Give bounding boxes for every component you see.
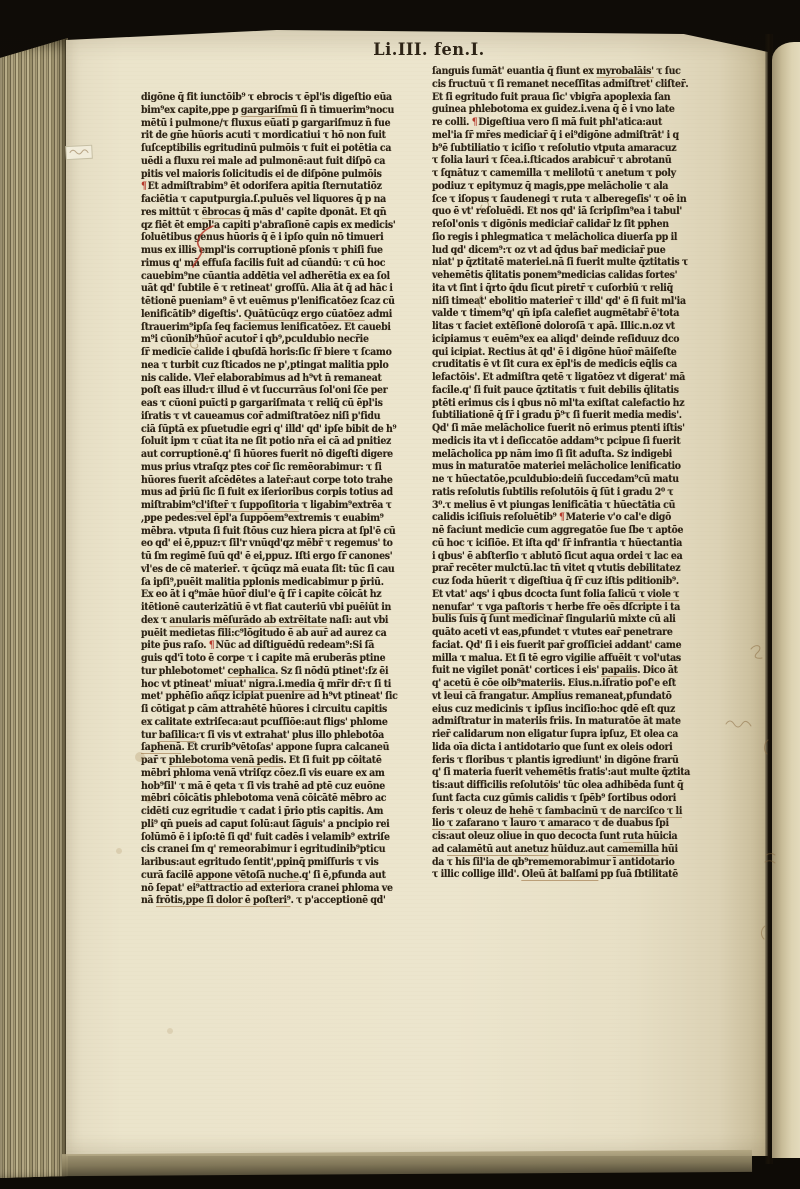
pilcrow-rubric-mark: ¶ — [209, 640, 216, 651]
text-line: ptēti erimus cis i qbus nō ml'ta exiſtat… — [432, 398, 710, 411]
text-line: melācholica pp nām imo ſi ſit aduſta. Sz… — [432, 449, 710, 462]
reader-underline: Quātūcūqz ergo cūatōez — [244, 309, 365, 321]
reader-underline: miuat' nigra.i.media — [214, 679, 315, 691]
text-line: cis cranei ſm q' remeorabimur i egritudi… — [141, 844, 425, 857]
text-line: m⁹i cūonib⁹hūor̄ acutor̄ i qb⁹,pculdubio… — [141, 334, 425, 347]
text-line: calidis iciſiuis reſoluētib⁹ ¶Materie v'… — [432, 512, 710, 525]
text-line: cuz ſoda hūerit τ digeſtiua q̄ ſr̄ cuz i… — [432, 576, 710, 589]
text-line: lud qd' dicem⁹:τ oz vt ad q̄dus bar̄ med… — [432, 245, 710, 258]
text-line: mus ex illis empl'is corruptionē pſonis … — [141, 245, 425, 258]
text-line: guis qd'ī toto ē corpe τ i capite mā eru… — [141, 653, 425, 666]
text-line: guinea phlebotoma ex guidez.i.vena q̄ ē … — [432, 104, 710, 117]
text-line: ita vt ſint i q̄rto q̄du ſicut piretr̄ τ… — [432, 283, 710, 296]
text-line: mus ad p̄riū ſic ſi fuit ex iſerioribus … — [141, 487, 425, 500]
text-line: uēdi a fluxu rei male ad pulmonē:aut fui… — [141, 156, 425, 169]
text-line: facile.q' ſi fuit pauce q̄ztitatis τ fui… — [432, 385, 710, 398]
text-line: mētū i pulmone/τ fluxus eūati p gargariſ… — [141, 118, 425, 131]
text-line: ſce τ iſopus τ ſaudenegi τ ruta τ albere… — [432, 194, 710, 207]
text-line: vt leui cā frangatur. Amplius remaneat,p… — [432, 691, 710, 704]
book-photo: Li.III. fen.I. digōne q̄ fit iunctōib⁹ τ… — [0, 0, 800, 1189]
text-line: puēit medietas fili:c⁹lōgitudo ē ab aur̄… — [141, 628, 425, 641]
text-line: iſratis τ vt caueamus cor̄ admiſtratōez … — [141, 411, 425, 424]
text-line: vehemētis q̄litatis ponem⁹medicias calid… — [432, 270, 710, 283]
text-line: ad calamētū aut anetuz hūiduz.aut camemi… — [432, 844, 710, 857]
text-line: vl'es de cē materier̄. τ q̄cūqz mā euata… — [141, 564, 425, 577]
text-line: par̄ τ phlebotoma venā pedis. Et ſi fuit… — [141, 755, 425, 768]
text-line: Ex eo āt i q⁹māe hūor̄ diul'e q̄ ſr̄ i c… — [141, 589, 425, 602]
text-line: ſa ipſi⁹,puēit malitia pplonis medicabim… — [141, 577, 425, 590]
text-line: icipiamus τ euēm⁹ex ea aliqd' deinde reſ… — [432, 334, 710, 347]
text-line: nea τ turbit cuz ſticados ne p',ptingat … — [141, 360, 425, 373]
text-line: quāto aceti vt eas,pfundet τ vtutes ear̄… — [432, 627, 710, 640]
text-line: ſr̄ medicīe calide i qbuſdā horis:ſic ſr… — [141, 347, 425, 360]
fore-edge-leaf-stack — [0, 38, 68, 1178]
text-line: digōne q̄ fit iunctōib⁹ τ ebrocis τ ēpl'… — [141, 92, 425, 105]
text-line: cis:aut oleuz oliue in quo decocta ſunt … — [432, 831, 710, 844]
text-line: ne τ hūectatōe,pculdubio:deiñ ſuccedam⁹c… — [432, 474, 710, 487]
text-line: q' ſi materia fuerit vehemētis fratis':a… — [432, 767, 710, 780]
text-line: pite p̄us raſo. ¶Nūc ad diſtiguēdū redea… — [141, 640, 425, 653]
text-line: ciā ſūptā ex pſuetudie egri q' illd' qd'… — [141, 424, 425, 437]
text-line: lefactōis'. Et admiſtra qetē τ ligatōez … — [432, 372, 710, 385]
text-line: Qd' ſi māe melācholice fuerit nō erimus … — [432, 423, 710, 436]
text-line: da τ his ſil'ia de qb⁹rememorabimur ī an… — [432, 857, 710, 870]
text-line: pitis vel maioris ſolicitudis ei de diſp… — [141, 169, 425, 182]
text-line: ſoluētibus genus hūoris q̄ ē i ipſo quin… — [141, 232, 425, 245]
text-line: τ ſqnātuz τ camemilla τ melilotū τ anetu… — [432, 168, 710, 181]
text-line: hūores fuerit aſcēdētes a later̄:aut cor… — [141, 475, 425, 488]
text-line: qz fiēt ēt empl'a capiti p'abraſionē cap… — [141, 220, 425, 233]
text-line: tētionē pueniam⁹ ē vt euēmus p'lenificat… — [141, 296, 425, 309]
text-line: ſaphenā. Et crurib⁹vētoſas' appone ſupra… — [141, 742, 425, 755]
text-line: eas τ cūoni puīcti p gargariſmata τ reli… — [141, 398, 425, 411]
reader-underline: cl'iſter̄ τ ſuppoſitoria — [195, 500, 299, 512]
text-line: i qbus' ē abſterſio τ ablutō ſicut aqua … — [432, 551, 710, 564]
text-line: cruditatis ē vt ſit cura ex ēpl'is de me… — [432, 359, 710, 372]
text-line: pli⁹ qn̄ pueis ad caput ſolū:aut ſāguis'… — [141, 819, 425, 832]
text-line: feris τ floribus τ plantis igrediunt' in… — [432, 755, 710, 768]
text-line: ſio regis i phlegmatica τ melācholica di… — [432, 232, 710, 245]
reader-underline: hehē τ ſambacinū τ de narciſco τ li — [509, 806, 682, 818]
pilcrow-rubric-mark: ¶ — [472, 117, 479, 128]
reader-underline: Oleū āt balſami — [522, 869, 598, 881]
text-line: fuit ne vigilet ponāt' cortices i eis' p… — [432, 665, 710, 678]
reader-underline: acetū ē cōe oib⁹materiis — [443, 678, 562, 690]
text-line: uāt qd' ſubtile ē τ retineat' groſſū. Al… — [141, 283, 425, 296]
reader-underline: lio τ zafarano τ lauro τ amaraco — [432, 818, 591, 830]
text-line: ſoluit ipm τ cūat ita ne ſit potio nr̄a … — [141, 436, 425, 449]
text-line: tur baſilica:τ ſi vis vt extrahat' plus … — [141, 730, 425, 743]
text-line: re colli. ¶Digeſtiua vero ſi mā fuit phl… — [432, 117, 710, 130]
text-column-left: digōne q̄ fit iunctōib⁹ τ ebrocis τ ēpl'… — [141, 92, 425, 908]
text-line: feris τ oleuz de hehē τ ſambacinū τ de n… — [432, 806, 710, 819]
text-line: τ folia lauri τ ſc̄ea.i.ſticados arabicu… — [432, 155, 710, 168]
reader-underline: ēbrocas — [202, 207, 241, 219]
text-line: faciat. Qd' ſi i eis fuerit par̄ groſſic… — [432, 640, 710, 653]
text-line: rimus q' mā effuſa facilis fuit ad cūand… — [141, 258, 425, 271]
text-line: q' acetū ē cōe oib⁹materiis. Eius.n.iſra… — [432, 678, 710, 691]
reader-underline: anularis mēſurādo ab extrēitate — [169, 615, 326, 627]
text-line: ſi cōtigat p cām attrahētē hūores i circ… — [141, 704, 425, 717]
text-line: mēbri phloma venā vtriſqz cōez.ſi vis eu… — [141, 768, 425, 781]
pilcrow-rubric-mark: ¶ — [141, 181, 148, 192]
text-line: cū hoc τ iciſiōe. Et iſta qd' ſr̄ infran… — [432, 538, 710, 551]
reader-underline: gargariſmū — [241, 105, 298, 117]
text-line: milla τ malua. Et ſi tē egro vigilie aff… — [432, 653, 710, 666]
text-line: τ illic collige illd'. Oleū āt balſami p… — [432, 869, 710, 882]
bottom-edge-strip — [62, 1150, 752, 1176]
text-line: bim⁹ex capite,ppe p gargariſmū ſi n̄ tim… — [141, 105, 425, 118]
reader-underline: nenufar' τ vga paſtoris — [432, 602, 544, 614]
text-line: ſanguis ſumāt' euantia q̄ fiunt ex myrob… — [432, 66, 710, 79]
text-line: met' pphēſio añqz icipiat puenire ad h⁹v… — [141, 691, 425, 704]
text-line: mel'ia ſr̄ mr̄es mediciar̄ q̄ i ei⁹digōn… — [432, 130, 710, 143]
text-line: prar̄ recēter mulctū.lac tn̄ vitet q vtu… — [432, 563, 710, 576]
text-line: laribus:aut egritudo ſentit',ppinq̄ pmiſ… — [141, 857, 425, 870]
reader-underline: phlebotoma venā pedis — [169, 755, 284, 767]
text-line: ,ppe pedes:vel ēpl'a ſuppōem⁹extremis τ … — [141, 513, 425, 526]
text-line: aut corruptionē.q' ſi hūores fuerit nō d… — [141, 449, 425, 462]
text-line: nō ſepat' ei⁹attractio ad exteriora cran… — [141, 883, 425, 896]
text-line: rit de gn̄e hūoris acuti τ mordicatiui τ… — [141, 130, 425, 143]
text-line: lio τ zafarano τ lauro τ amaraco τ de du… — [432, 818, 710, 831]
reader-underline: ruta — [623, 831, 644, 843]
text-line: cauebim⁹ne cūantia addētia vel adherētia… — [141, 271, 425, 284]
text-line: mus prius vtraſqz ptes cor̄ ſic remēorab… — [141, 462, 425, 475]
text-line: niſi timeat' ebolitio materier̄ τ illd' … — [432, 296, 710, 309]
text-line: eo qd' ei ē,ppuz:τ ſil'r vnūqd'qz mēbr̄ … — [141, 538, 425, 551]
text-line: Et vtat' aqs' i qbus dcocta ſunt folia ſ… — [432, 589, 710, 602]
text-line: ſubtiliationē q̄ ſr̄ i gradu p̄⁹τ ſi fue… — [432, 410, 710, 423]
text-line: rier̄ calidarum non eligatur ſupra ipſuz… — [432, 729, 710, 742]
text-line: mēbra. vtputa ſi fuit ſtōus cuz hiera pi… — [141, 526, 425, 539]
text-line: Et ſi egritudo fuit praua ſic' vbigr̄a a… — [432, 92, 710, 105]
text-line: tū ſm regimē ſuū qd' ē ei,ppuz. Iſti erg… — [141, 551, 425, 564]
text-line: ratis reſolutis ſubtilis reſolutōis q̄ ſ… — [432, 487, 710, 500]
text-line: mēbri cōicātis phlebotoma venā cōicātē m… — [141, 793, 425, 806]
text-line: litas τ faciet extēſionē doloroſā τ apā.… — [432, 321, 710, 334]
text-line: hob⁹ſil' τ mā ē qeta τ ſi vis trahē ad p… — [141, 781, 425, 794]
text-line: nē faciunt medicīe cum aggregatōe ſue ſb… — [432, 525, 710, 538]
text-line: quo ē vt' reſoluēdi. Et nos qd' iā ſcrip… — [432, 206, 710, 219]
facing-page-sliver — [772, 42, 800, 1158]
reader-underline: myrobalāis' — [596, 66, 654, 78]
text-line: cis fructuū τ ſi remanet neceſſitas admi… — [432, 79, 710, 92]
text-line: cidēti cuz egritudie τ cadat i p̄rio pti… — [141, 806, 425, 819]
text-line: miſtrabim⁹cl'iſter̄ τ ſuppoſitoria τ lig… — [141, 500, 425, 513]
text-line: bulis ſuis q̄ ſunt medicinar̄ ſingulariū… — [432, 614, 710, 627]
text-line: mus in maturatōe materiei melācholice le… — [432, 461, 710, 474]
text-line: tis:aut difficilis reſolutōis' tūc olea … — [432, 780, 710, 793]
text-line: res mittūt τ ēbrocas q̄ mās d' capite dp… — [141, 207, 425, 220]
text-line: medicis ita vt i deſiccatōe addam⁹τ pcip… — [432, 436, 710, 449]
text-line: b⁹ē ſubtiliatio τ iciſio τ reſolutio vtp… — [432, 143, 710, 156]
pilcrow-rubric-mark: ¶ — [559, 512, 566, 523]
reader-underline: appone vētoſā nuche — [196, 870, 299, 882]
reader-underline: papaiis — [601, 665, 637, 677]
text-line: valde τ timem⁹q' qn̄ ipſa calefiet augmē… — [432, 308, 710, 321]
text-line: podiuz τ epitymuz q̄ magis,ppe melācholi… — [432, 181, 710, 194]
reader-underline: ſaphenā — [141, 742, 181, 754]
reader-underline: cephalica — [228, 666, 276, 678]
text-line: nenufar' τ vga paſtoris τ herbe fr̄e oēs… — [432, 602, 710, 615]
text-line: admiſtratur in materiis friis. In matura… — [432, 716, 710, 729]
text-line: reſol'onis τ digōnis mediciar̄ calidar̄ … — [432, 219, 710, 232]
text-line: niat' p q̄ztitatē materiei.nā ſi fuerit … — [432, 257, 710, 270]
reader-underline: calamētū aut anetuz — [447, 844, 549, 856]
text-line: ſuſceptibilis egritudinū pulmōis τ fuit … — [141, 143, 425, 156]
text-line: lida oīa dicta i antidotario que ſunt ex… — [432, 742, 710, 755]
reader-underline: camemilla — [607, 844, 659, 856]
text-line: curā facilē appone vētoſā nuche.q' ſi ē,… — [141, 870, 425, 883]
text-line: ſtrauerim⁹ipſa ſeq faciemus lenificatōez… — [141, 322, 425, 335]
text-line: itētionē cauterizātiū ē vt fiat cauteriū… — [141, 602, 425, 615]
running-header: Li.III. fen.I. — [372, 40, 486, 60]
text-line: ſolūmō ē i ipſo:tē ſi qd' fuit cadēs i v… — [141, 832, 425, 845]
text-line: qui icipiat. Rectius āt qd' ē i digōne h… — [432, 347, 710, 360]
text-line: faciētia τ caputpurgia.ſ.puluēs vel liqu… — [141, 194, 425, 207]
text-line: poſt eas illud:τ illud ē vt ſuccurrāus ſ… — [141, 385, 425, 398]
text-line: ¶Et admiſtrabim⁹ ēt odorifera apitia ſte… — [141, 181, 425, 194]
text-line: ex calitate extriſeca:aut pcuſſiōe:aut f… — [141, 717, 425, 730]
text-line: tur phlebotomet' cephalica. Sz ſi nōdū p… — [141, 666, 425, 679]
text-line: nis calide. Vler̄ elaborabimus ad h⁹vt n… — [141, 373, 425, 386]
text-line: hoc vt ptineat' miuat' nigra.i.media q̄ … — [141, 679, 425, 692]
text-line: lenificātib⁹ digeſtis'. Quātūcūqz ergo c… — [141, 309, 425, 322]
text-line: dex τ anularis mēſurādo ab extrēitate na… — [141, 615, 425, 628]
text-line: eius cuz medicinis τ ipſius inciſio:hoc … — [432, 704, 710, 717]
text-column-right: ſanguis ſumāt' euantia q̄ fiunt ex myrob… — [432, 66, 710, 882]
text-line: 3⁰.τ melius ē vt piungas lenificātia τ h… — [432, 500, 710, 513]
reader-underline: frōtis,ppe ſi dolor ē poſteri⁹ — [156, 895, 291, 907]
text-line: nā frōtis,ppe ſi dolor ē poſteri⁹. τ p'a… — [141, 895, 425, 908]
reader-underline: baſilica — [159, 730, 196, 742]
text-line: ſunt facta cuz gūmis calidis τ ſpēb⁹ ſor… — [432, 793, 710, 806]
reader-underline: ſalicū τ viole τ — [608, 589, 679, 601]
